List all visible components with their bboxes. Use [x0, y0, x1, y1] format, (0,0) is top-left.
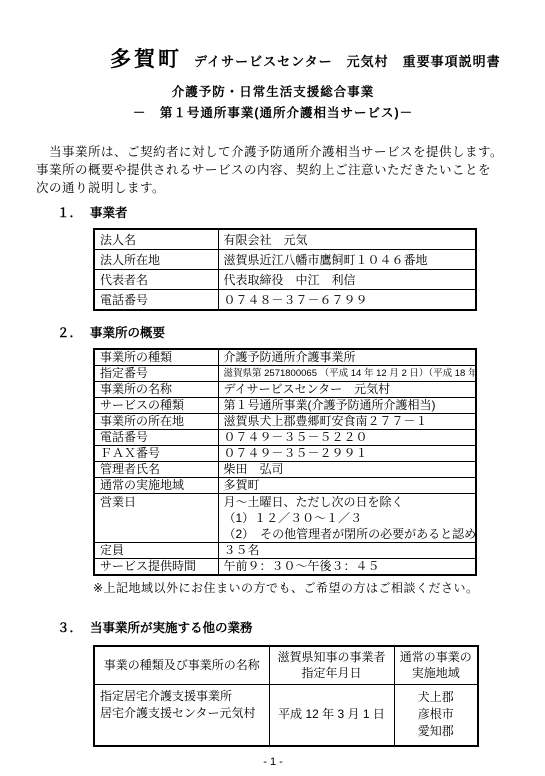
section-3-heading: ３．当事業所が実施する他の業務	[36, 620, 510, 637]
intro-paragraph: 当事業所は、ご契約者に対して介護予防通所介護相当サービスを提供します。 事業所の…	[36, 143, 510, 197]
table-row: 事業所の名称 デイサービスセンター 元気村	[94, 382, 476, 398]
table-row: 代表者名 代表取締役 中江 利信	[94, 270, 476, 290]
table-row: 事業所の種類 介護予防通所介護事業所	[94, 349, 476, 366]
intro-line-2: 事業所の概要や提供されるサービスの内容、契約上ご注意いただきたいことを	[36, 161, 510, 179]
table-row: 営業日 月～土曜日、ただし次の日を除く （1）１２／３０～１／３ （2） その他…	[94, 494, 476, 543]
other-services-table: 事業の種類及び事業所の名称 滋賀県知事の事業者 指定年月日 通常の事業の 実施地…	[93, 645, 479, 747]
office-overview-table: 事業所の種類 介護予防通所介護事業所 指定番号 滋賀県第 2571800065 …	[93, 348, 477, 576]
row-value: 代表取締役 中江 利信	[218, 270, 476, 290]
row-label: 法人名	[94, 229, 218, 250]
intro-line-1: 当事業所は、ご契約者に対して介護予防通所介護相当サービスを提供します。	[36, 143, 510, 161]
business-days-line-2: （1）１２／３０～１／３	[224, 510, 471, 526]
row-label: 事業所の種類	[94, 349, 218, 366]
table-row: 電話番号 ０７４９－３５－５２２０	[94, 430, 476, 446]
row-label: 事業所の名称	[94, 382, 218, 398]
service-area-cell: 犬上郡 彦根市 愛知郡	[394, 684, 478, 746]
section-2-heading: ２．事業所の概要	[36, 325, 510, 342]
intro-line-3: 次の通り説明します。	[36, 179, 510, 197]
row-label: 代表者名	[94, 270, 218, 290]
table-row: 定員 ３５名	[94, 543, 476, 559]
row-label: 定員	[94, 543, 218, 559]
page-title: デイサービスセンター 元気村 重要事項説明書	[194, 54, 501, 69]
row-value: ３５名	[218, 543, 476, 559]
business-days-line-1: 月～土曜日、ただし次の日を除く	[224, 494, 471, 510]
table-header-row: 事業の種類及び事業所の名称 滋賀県知事の事業者 指定年月日 通常の事業の 実施地…	[94, 646, 478, 684]
section-1-number: １．	[57, 205, 90, 222]
row-label: 事業所の所在地	[94, 414, 218, 430]
row-value: 介護予防通所介護事業所	[218, 349, 476, 366]
section-3-number: ３．	[57, 620, 90, 637]
table-row: 事業所の所在地 滋賀県犬上郡豊郷町安食南２７７－１	[94, 414, 476, 430]
document-header: 多賀町デイサービスセンター 元気村 重要事項説明書	[110, 48, 510, 74]
table-row: 指定居宅介護支援事業所 居宅介護支援センター元気村 平成 12 年 3 月 1 …	[94, 684, 478, 746]
business-days-line-3: （2） その他管理者が閉所の必要があると認めた日	[224, 526, 471, 542]
table-row: 電話番号 ０７４８－３７－６７９９	[94, 290, 476, 311]
row-label: 営業日	[94, 494, 218, 543]
table-row: 法人名 有限会社 元気	[94, 229, 476, 250]
row-value: 有限会社 元気	[218, 229, 476, 250]
row-value: 滋賀県近江八幡市鷹飼町１０４６番地	[218, 250, 476, 270]
business-operator-table: 法人名 有限会社 元気 法人所在地 滋賀県近江八幡市鷹飼町１０４６番地 代表者名…	[93, 228, 477, 311]
document-page: 多賀町デイサービスセンター 元気村 重要事項説明書 介護予防・日常生活支援総合事…	[0, 0, 545, 776]
document-subtitle-1: 介護予防・日常生活支援総合事業	[36, 82, 510, 100]
row-value: 午前９：３０～午後３：４５	[218, 559, 476, 576]
row-label: サービス提供時間	[94, 559, 218, 576]
table-row: 管理者氏名 柴田 弘司	[94, 462, 476, 478]
row-label: 指定番号	[94, 366, 218, 382]
row-label: 通常の実施地域	[94, 478, 218, 494]
table-row: ＦＡＸ番号 ０７４９－３５－２９９１	[94, 446, 476, 462]
row-label: サービスの種類	[94, 398, 218, 414]
service-area-line-3: 愛知郡	[400, 723, 473, 740]
designation-date-cell: 平成 12 年 3 月 1 日	[269, 684, 394, 746]
document-subtitle-2: － 第１号通所事業(通所介護相当サービス)－	[36, 103, 510, 121]
business-name-cell: 指定居宅介護支援事業所 居宅介護支援センター元気村	[94, 684, 269, 746]
row-label: ＦＡＸ番号	[94, 446, 218, 462]
service-area-line-2: 彦根市	[400, 706, 473, 723]
row-label: 管理者氏名	[94, 462, 218, 478]
area-footnote: ※上記地域以外にお住まいの方でも、ご希望の方はご相談ください。	[93, 579, 510, 596]
row-value: ０７４８－３７－６７９９	[218, 290, 476, 311]
column-header-service-area: 通常の事業の 実施地域	[394, 646, 478, 684]
column-header-business-name: 事業の種類及び事業所の名称	[94, 646, 269, 684]
page-number: - 1 -	[36, 756, 510, 768]
row-label: 電話番号	[94, 430, 218, 446]
row-value: 柴田 弘司	[218, 462, 476, 478]
row-value: 滋賀県第 2571800065 （平成 14 年 12 月 2 日）（平成 18…	[218, 366, 476, 382]
row-value: ０７４９－３５－２９９１	[218, 446, 476, 462]
service-area-line-1: 犬上郡	[400, 689, 473, 706]
header-line: 通常の事業の	[400, 649, 473, 665]
row-value: 第１号通所事業(介護予防通所介護相当)	[218, 398, 476, 414]
table-row: サービスの種類 第１号通所事業(介護予防通所介護相当)	[94, 398, 476, 414]
header-line: 滋賀県知事の事業者	[275, 649, 389, 665]
table-row: 指定番号 滋賀県第 2571800065 （平成 14 年 12 月 2 日）（…	[94, 366, 476, 382]
section-1-heading: １．事業者	[36, 205, 510, 222]
row-value: 多賀町	[218, 478, 476, 494]
table-row: サービス提供時間 午前９：３０～午後３：４５	[94, 559, 476, 576]
row-label: 電話番号	[94, 290, 218, 311]
row-value: 滋賀県犬上郡豊郷町安食南２７７－１	[218, 414, 476, 430]
header-line: 実施地域	[400, 665, 473, 681]
business-name-line-2: 居宅介護支援センター元気村	[100, 705, 264, 722]
section-3-title: 当事業所が実施する他の業務	[90, 621, 253, 635]
table-row: 通常の実施地域 多賀町	[94, 478, 476, 494]
town-name: 多賀町	[110, 48, 182, 71]
header-line: 指定年月日	[275, 665, 389, 681]
row-label: 法人所在地	[94, 250, 218, 270]
section-2-number: ２．	[57, 325, 90, 342]
section-2-title: 事業所の概要	[90, 326, 165, 340]
business-days-cell: 月～土曜日、ただし次の日を除く （1）１２／３０～１／３ （2） その他管理者が…	[218, 494, 476, 543]
row-value: デイサービスセンター 元気村	[218, 382, 476, 398]
row-value: ０７４９－３５－５２２０	[218, 430, 476, 446]
business-name-line-1: 指定居宅介護支援事業所	[100, 688, 264, 705]
column-header-designation-date: 滋賀県知事の事業者 指定年月日	[269, 646, 394, 684]
table-row: 法人所在地 滋賀県近江八幡市鷹飼町１０４６番地	[94, 250, 476, 270]
section-1-title: 事業者	[90, 206, 128, 220]
